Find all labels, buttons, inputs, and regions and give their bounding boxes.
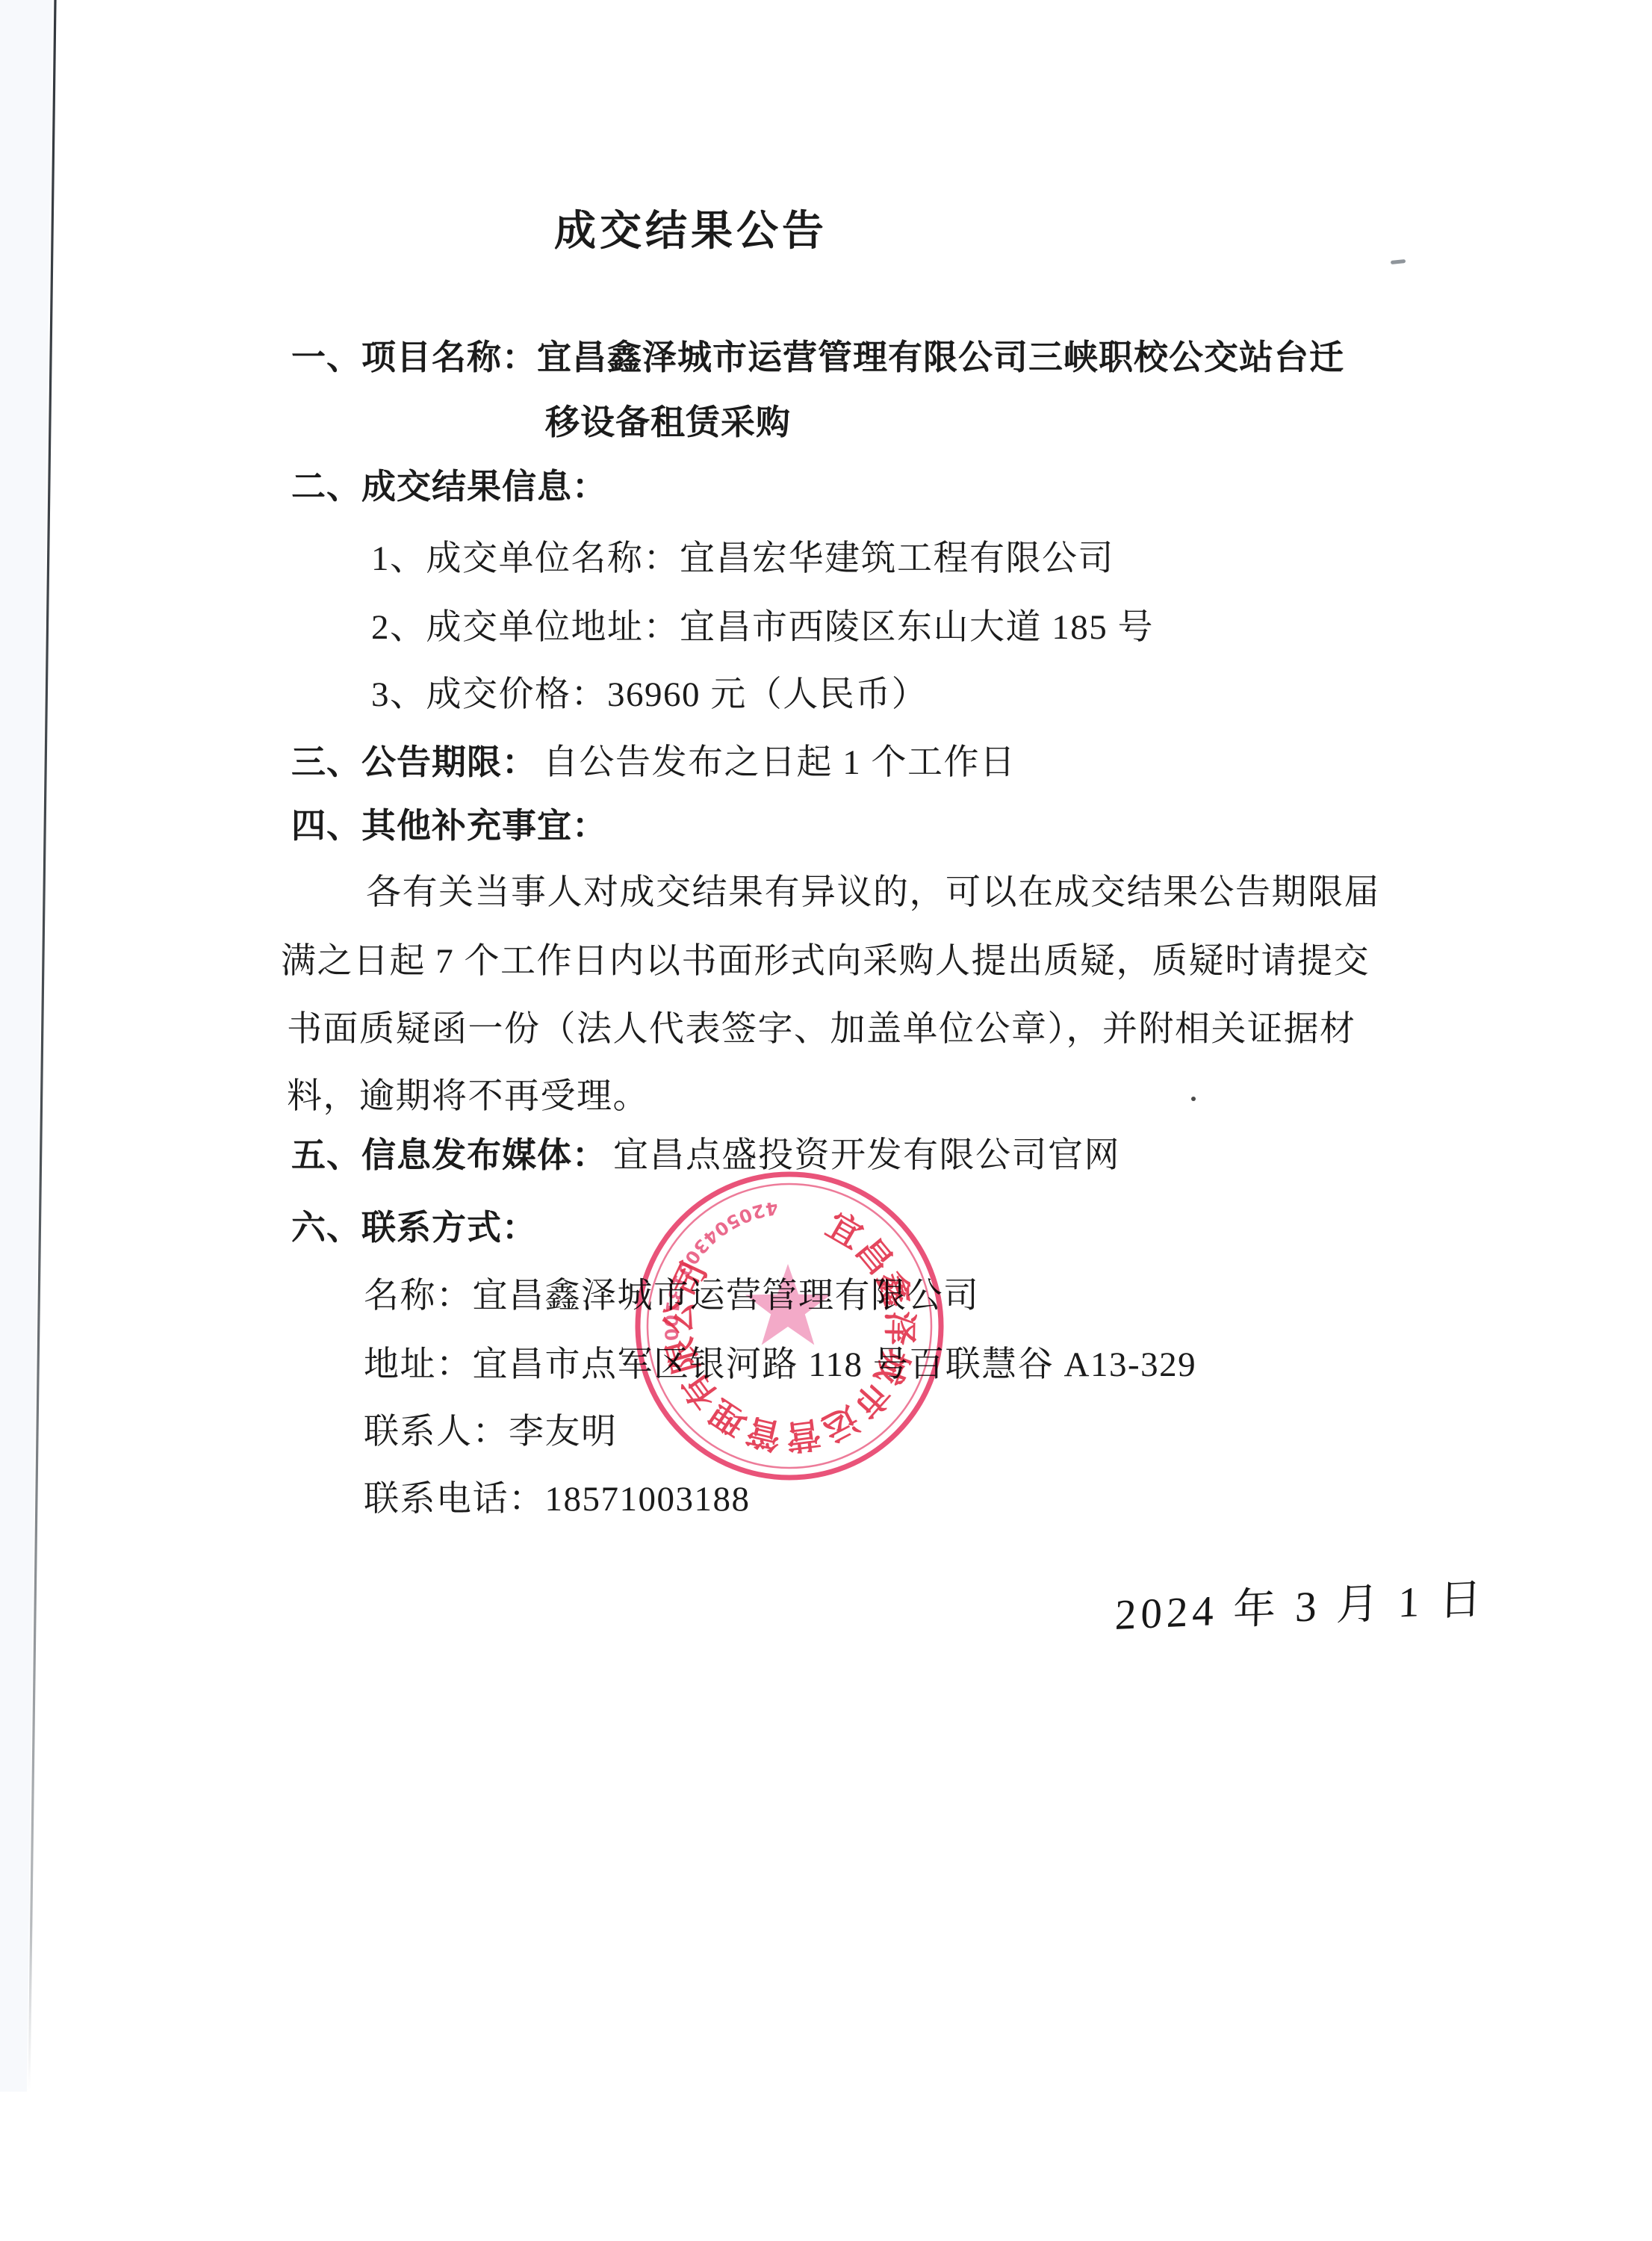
seal-company-char: 管 xyxy=(743,1410,786,1457)
contact-person-line: 联系人：李友明 xyxy=(364,1407,618,1457)
page-edge-shading xyxy=(0,0,52,2092)
section-1-heading: 一、项目名称：宜昌鑫泽城市运营管理有限公司三峡职校公交站台迁 xyxy=(291,332,1344,382)
seal-company-char: 营 xyxy=(783,1413,822,1457)
scan-speck-dot xyxy=(1191,1097,1196,1101)
section-1-label: 一、项目名称： xyxy=(291,337,537,377)
contact-name-line: 名称：宜昌鑫泽城市运营管理有限公司 xyxy=(364,1271,980,1321)
section-2-item-1: 1、成交单位名称：宜昌宏华建筑工程有限公司 xyxy=(371,534,1114,583)
section-1-value-line2: 移设备租赁采购 xyxy=(545,397,791,447)
section-5-value: 宜昌点盛投资开发有限公司官网 xyxy=(613,1136,1120,1175)
contact-phone-line: 联系电话：18571003188 xyxy=(364,1475,751,1524)
seal-company-char: 宜 xyxy=(820,1204,870,1256)
section-4-heading: 四、其他补充事宜： xyxy=(291,801,607,850)
section-3-label: 三、公告期限： xyxy=(291,742,537,782)
seal-company-char: 运 xyxy=(816,1398,866,1451)
document-title: 成交结果公告 xyxy=(554,207,827,256)
scanned-document-page: 成交结果公告 一、项目名称：宜昌鑫泽城市运营管理有限公司三峡职校公交站台迁 移设… xyxy=(0,0,1652,2241)
section-2-item-3: 3、成交价格：36960 元（人民币） xyxy=(371,670,928,719)
section-5-label: 五、信息发布媒体： xyxy=(291,1135,607,1175)
official-seal: 42050430013100 宜 昌 鑫 泽 城 市 运 营 管 理 有 限 公… xyxy=(638,1174,941,1478)
section-6-heading: 六、联系方式： xyxy=(291,1203,537,1252)
section-2-heading: 二、成交结果信息： xyxy=(291,462,607,511)
section-3-line: 三、公告期限：自公告发布之日起 1 个工作日 xyxy=(291,737,1016,787)
section-3-value: 自公告发布之日起 1 个工作日 xyxy=(543,743,1016,782)
page-edge-line xyxy=(29,0,55,2090)
section-1-value-line1: 宜昌鑫泽城市运营管理有限公司三峡职校公交站台迁 xyxy=(537,337,1344,377)
handwritten-date: 2024 年 3 月 1 日 xyxy=(1114,1575,1487,1640)
seal-inner-ring xyxy=(648,1184,931,1468)
seal-serial-number: 42050430013100 xyxy=(660,1197,780,1344)
seal-outer-ring xyxy=(638,1174,941,1478)
section-2-item-2: 2、成交单位地址：宜昌市西陵区东山大道 185 号 xyxy=(371,603,1154,652)
seal-company-char: 理 xyxy=(703,1392,754,1444)
section-5-line: 五、信息发布媒体：宜昌点盛投资开发有限公司官网 xyxy=(291,1130,1120,1180)
section-4-paragraph-line-2: 满之日起 7 个工作日内以书面形式向采购人提出质疑，质疑时请提交 xyxy=(281,937,1370,986)
section-4-paragraph-line-3: 书面质疑函一份（法人代表签字、加盖单位公章），并附相关证据材 xyxy=(287,1005,1356,1054)
section-4-paragraph-line-1: 各有关当事人对成交结果有异议的，可以在成交结果公告期限届 xyxy=(366,868,1380,917)
section-4-paragraph-line-4: 料，逾期将不再受理。 xyxy=(287,1072,649,1121)
scan-speck-dash xyxy=(1391,259,1406,264)
contact-address-line: 地址：宜昌市点军区银河路 118 号百联慧谷 A13-329 xyxy=(364,1340,1196,1389)
